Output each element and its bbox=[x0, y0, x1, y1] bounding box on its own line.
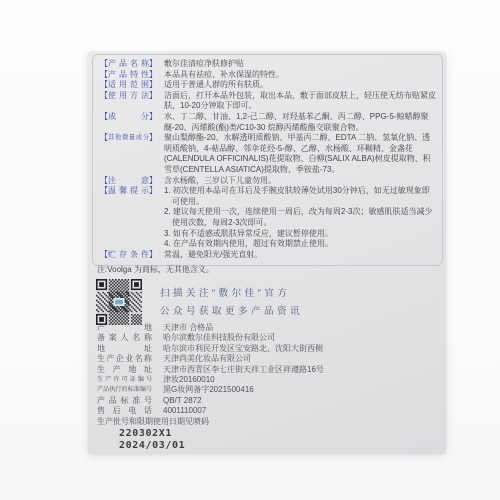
row-value: 常温，避免阳光/强光直射。 bbox=[164, 250, 436, 261]
row-value: 水、丁二醇、甘油、1,2-己二醇、对羟基苯乙酮、丙二醇、PPG-5-鲸蜡醇聚醚-… bbox=[164, 112, 436, 133]
row-value: 本品具有祛痘、补水保湿的特性。 bbox=[164, 70, 436, 81]
row-label: 【温馨提示】 bbox=[100, 186, 157, 250]
tip-line-3: 3. 如有不适感或肌肤异常反应，建议暂停使用。 bbox=[164, 229, 436, 240]
tip-line-4: 4. 在产品有效期内使用，超过有效期禁止使用。 bbox=[164, 239, 436, 250]
row-label: 【产品名称】 bbox=[100, 59, 157, 70]
info-row-product-name: 【产品名称】 敷尔佳清痘净肤修护贴 bbox=[100, 59, 436, 70]
info-row-usage-method: 【使用方法】 洁面后，打开本品外包装，取出本品，敷于面部皮肤上，轻压使无纺布贴紧… bbox=[100, 91, 436, 112]
row-label: 【注意】 bbox=[100, 176, 157, 187]
qr-caption-line-2: 公众号获取更多产品资讯 bbox=[160, 303, 303, 321]
info-row-trace-ingredients: 【其他微量成分】 聚山梨醇酯-20、水解透明质酸钠、甲基丙二醇、EDTA 二钠、… bbox=[100, 133, 436, 175]
row-label: 【其他微量成分】 bbox=[100, 133, 157, 175]
row-label: 【产品特性】 bbox=[100, 70, 157, 81]
info-row-storage: 【贮存条件】 常温，避免阳光/强光直射。 bbox=[100, 250, 436, 261]
reg-row-service-phone: 售后电话 4001110007 bbox=[97, 406, 441, 416]
reg-row-origin: 产地 天津市 合格品 bbox=[97, 323, 441, 333]
qr-caption: 扫描关注“敷尔佳”官方 公众号获取更多产品资讯 bbox=[160, 285, 303, 320]
row-value: 洁面后，打开本品外包装，取出本品，敷于面部皮肤上，轻压使无纺布贴紧皮肤，10-2… bbox=[164, 91, 436, 112]
row-label: 【贮存条件】 bbox=[100, 250, 157, 261]
row-value: 敷尔佳清痘净肤修护贴 bbox=[164, 59, 436, 70]
tip-line-1: 1. 初次使用本品可在耳后及手腕皮肤较薄处试用30分钟后，如无过敏现象即可使用。 bbox=[164, 186, 436, 207]
batch-number: 220302X1 bbox=[119, 428, 185, 440]
photo-backdrop: { "colors": { "accent_blue": "#4254a6", … bbox=[0, 0, 500, 500]
info-row-product-feature: 【产品特性】 本品具有祛痘、补水保湿的特性。 bbox=[100, 70, 436, 81]
row-label: 【使用方法】 bbox=[100, 91, 157, 112]
qr-caption-line-1: 扫描关注“敷尔佳”官方 bbox=[160, 285, 303, 303]
qr-code bbox=[96, 279, 142, 325]
registration-info: 产地 天津市 合格品 备案人名称 哈尔滨敷尔佳科技股份有限公司 地址 哈尔滨市利… bbox=[97, 323, 441, 427]
reg-row-standard-filing-number: 产品执行的标准编号 黑G妆网备字2021500416 bbox=[97, 385, 441, 395]
row-value: 含水杨酸，三岁以下儿童勿用。 bbox=[164, 176, 436, 187]
product-box-back-panel: 【产品名称】 敷尔佳清痘净肤修护贴 【产品特性】 本品具有祛痘、补水保湿的特性。… bbox=[88, 52, 446, 454]
row-value: 1. 初次使用本品可在耳后及手腕皮肤较薄处试用30分钟后，如无过敏现象即可使用。… bbox=[164, 186, 436, 250]
expiry-date: 2024/03/01 bbox=[119, 440, 185, 452]
tip-line-2: 2. 建议每天使用一次，连续使用一周后，改为每周2-3次；敏感肌肤适当减少使用次… bbox=[164, 207, 436, 228]
row-label: 【成分】 bbox=[100, 112, 157, 133]
row-value: 适用于普通人群的所有肤质。 bbox=[164, 80, 436, 91]
row-value: 聚山梨醇酯-20、水解透明质酸钠、甲基丙二醇、EDTA 二钠、氢氧化钠、透明质酸… bbox=[164, 133, 436, 175]
inkjet-batch-codes: 220302X1 2024/03/01 bbox=[119, 428, 185, 451]
reg-row-manufacturer: 生产企业名称 天津尚美化妆品有限公司 bbox=[97, 354, 441, 364]
info-row-applicable-range: 【适用范围】 适用于普通人群的所有肤质。 bbox=[100, 80, 436, 91]
reg-row-factory-address: 生产地址 天津市西青区李七庄街天祥工业区祥遵路16号 bbox=[97, 365, 441, 375]
reg-row-license-number: 生产许可证编号 津妆20160010 bbox=[97, 375, 441, 385]
product-info-panel: 【产品名称】 敷尔佳清痘净肤修护贴 【产品特性】 本品具有祛痘、补水保湿的特性。… bbox=[92, 54, 443, 266]
reg-row-batch-note: 生产批号和限期使用日期见喷码 bbox=[97, 417, 441, 427]
info-row-ingredients: 【成分】 水、丁二醇、甘油、1,2-己二醇、对羟基苯乙酮、丙二醇、PPG-5-鲸… bbox=[100, 112, 436, 133]
info-row-caution: 【注意】 含水杨酸，三岁以下儿童勿用。 bbox=[100, 176, 436, 187]
reg-row-address: 地址 哈尔滨市利民开发区宝安路北、沈阳大街西侧 bbox=[97, 344, 441, 354]
reg-row-registrant: 备案人名称 哈尔滨敷尔佳科技股份有限公司 bbox=[97, 333, 441, 343]
info-row-tips: 【温馨提示】 1. 初次使用本品可在耳后及手腕皮肤较薄处试用30分钟后，如无过敏… bbox=[100, 186, 436, 250]
reg-row-product-standard: 产品标准号 QB/T 2872 bbox=[97, 396, 441, 406]
trademark-note: 注:Voolga 为商标，无其他含义。 bbox=[97, 265, 214, 275]
row-label: 【适用范围】 bbox=[100, 80, 157, 91]
